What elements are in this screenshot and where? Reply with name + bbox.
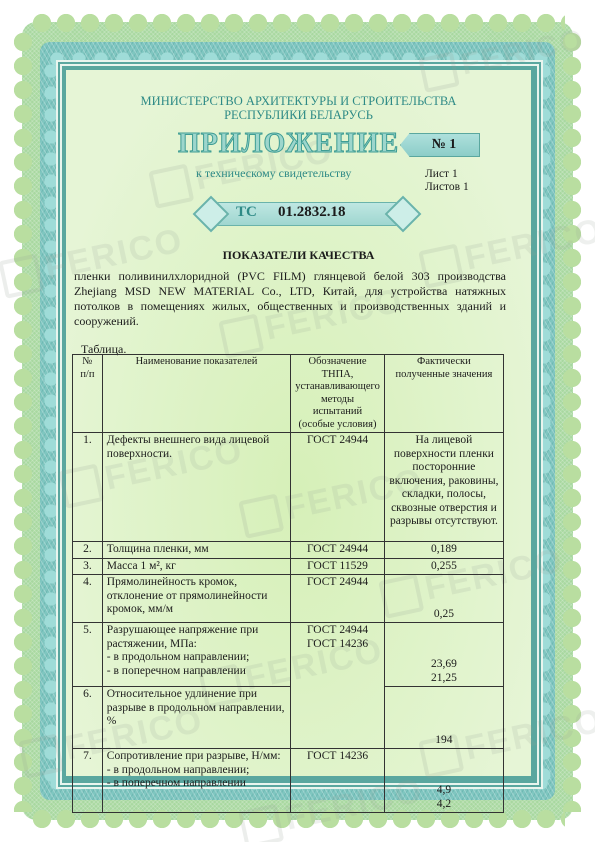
indicator-name: Относительное удлинение при разрыве в пр…: [102, 687, 290, 749]
row-number: 2.: [73, 542, 103, 559]
table-row: 4.Прямолинейность кромок, отклонение от …: [73, 575, 504, 623]
actual-value: 4,94,2: [384, 749, 503, 813]
indicator-name: Масса 1 м², кг: [102, 558, 290, 575]
row-number: 1.: [73, 433, 103, 542]
ministry-line-2: РЕСПУБЛИКИ БЕЛАРУСЬ: [66, 108, 531, 122]
row-number: 7.: [73, 749, 103, 813]
sheet-info: Лист 1 Листов 1: [425, 168, 469, 194]
table-header-row: № п/п Наименование показателей Обозначен…: [73, 355, 504, 433]
table-row: 6.Относительное удлинение при разрыве в …: [73, 687, 504, 749]
actual-value: 0,25: [384, 575, 503, 623]
header-test-standard: Обозначение ТНПА, устанавливающего метод…: [291, 355, 385, 433]
sheet-number: Лист 1: [425, 168, 469, 181]
indicator-name: Прямолинейность кромок, отклонение от пр…: [102, 575, 290, 623]
table-row: 1.Дефекты внешнего вида лицевой поверхно…: [73, 433, 504, 542]
header-actual-values: Фактически полученные значения: [384, 355, 503, 433]
indicator-name: Сопротивление при разрыве, Н/мм:- в прод…: [102, 749, 290, 813]
indicator-name: Толщина пленки, мм: [102, 542, 290, 559]
tc-number: 01.2832.18: [278, 204, 346, 221]
table-row: 2.Толщина пленки, ммГОСТ 249440,189: [73, 542, 504, 559]
table-row: 5.Разрушающее напряжение при растяжении,…: [73, 623, 504, 687]
document-title: ПРИЛОЖЕНИЕ: [178, 128, 408, 160]
appendix-number-badge: № 1: [400, 133, 480, 157]
header-indicator-name: Наименование показателей: [102, 355, 290, 433]
test-standard: ГОСТ 24944: [291, 575, 385, 623]
indicator-name: Разрушающее напряжение при растяжении, М…: [102, 623, 290, 687]
row-number: 3.: [73, 558, 103, 575]
row-number: 4.: [73, 575, 103, 623]
ministry-line-1: МИНИСТЕРСТВО АРХИТЕКТУРЫ И СТРОИТЕЛЬСТВА: [66, 94, 531, 108]
test-standard: ГОСТ 24944: [291, 542, 385, 559]
test-standard: ГОСТ 24944: [291, 433, 385, 542]
test-standard: ГОСТ 24944ГОСТ 14236: [291, 623, 385, 749]
border-scallop-top: [30, 12, 565, 34]
product-description: пленки поливинилхлоридной (PVC FILM) гля…: [74, 269, 506, 329]
header-number: № п/п: [73, 355, 103, 433]
quality-indicators-table: № п/п Наименование показателей Обозначен…: [72, 354, 504, 813]
tc-number-banner: ТС 01.2832.18: [192, 198, 420, 228]
sheets-total: Листов 1: [425, 181, 469, 194]
test-standard: ГОСТ 11529: [291, 558, 385, 575]
section-title: ПОКАЗАТЕЛИ КАЧЕСТВА: [66, 248, 531, 263]
actual-value: На лицевой поверхности пленки посторонни…: [384, 433, 503, 542]
actual-value: 0,189: [384, 542, 503, 559]
row-number: 5.: [73, 623, 103, 687]
border-scallop-left: [12, 30, 34, 812]
row-number: 6.: [73, 687, 103, 749]
ministry-heading: МИНИСТЕРСТВО АРХИТЕКТУРЫ И СТРОИТЕЛЬСТВА…: [66, 94, 531, 122]
actual-value: 194: [384, 687, 503, 749]
test-standard: ГОСТ 14236: [291, 749, 385, 813]
table-row: 3.Масса 1 м², кгГОСТ 115290,255: [73, 558, 504, 575]
actual-value: 0,255: [384, 558, 503, 575]
indicator-name: Дефекты внешнего вида лицевой поверхност…: [102, 433, 290, 542]
document-subtitle: к техническому свидетельству: [196, 166, 351, 181]
border-scallop-right: [561, 30, 583, 812]
actual-value: 23,6921,25: [384, 623, 503, 687]
table-row: 7.Сопротивление при разрыве, Н/мм:- в пр…: [73, 749, 504, 813]
tc-prefix: ТС: [236, 204, 257, 221]
